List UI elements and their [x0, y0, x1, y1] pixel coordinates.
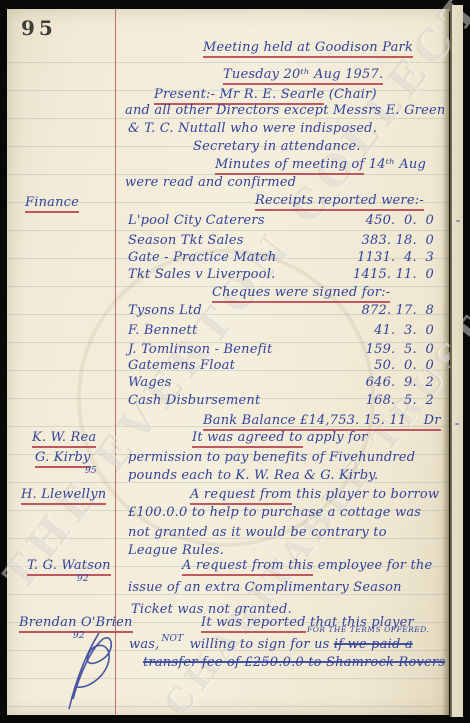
- item2-line-2: £100.0.0 to help to purchase a cottage w…: [128, 505, 421, 520]
- cheques-heading-text: Cheques were signed for:-: [212, 285, 390, 303]
- item2-underlined: A request from: [190, 487, 292, 505]
- cheque-row: Gatemens Float50. 0. 0: [128, 358, 434, 373]
- page-number: 95: [21, 16, 57, 40]
- signature-scribble: [59, 629, 121, 715]
- cheque-label: Wages: [128, 375, 172, 390]
- finance-label-text: Finance: [25, 195, 79, 213]
- item1-rest: apply for: [303, 430, 368, 445]
- cheque-amount: 168. 5. 2: [366, 393, 434, 408]
- cheque-row: Cash Disbursement168. 5. 2: [128, 393, 434, 408]
- margin-label-watson: T. G. Watson: [27, 558, 111, 573]
- margin-label-finance: Finance: [25, 195, 79, 210]
- not-insert: NOT: [161, 634, 183, 644]
- receipt-amount: 383. 18. 0: [362, 233, 435, 248]
- meeting-date-text: Tuesday 20ᵗʰ Aug 1957.: [223, 67, 383, 85]
- watson-label-text: T. G. Watson: [27, 558, 111, 576]
- cheque-row: Tysons Ltd872. 17. 8: [128, 303, 434, 318]
- receipts-heading: Receipts reported were:-: [255, 193, 424, 208]
- item1-line-2: permission to pay benefits of Fivehundre…: [128, 450, 415, 465]
- receipt-label: Season Tkt Sales: [128, 233, 244, 248]
- item4-was: was,: [129, 637, 159, 652]
- item4-line-2: was,NOT willing to sign for us if we pai…: [129, 637, 413, 654]
- item2-rest: this player to borrow: [292, 487, 439, 502]
- item4-struck-1: if we paid a: [334, 637, 413, 652]
- terms-offered-insert: FOR THE TERMS OFFERED.: [307, 625, 429, 634]
- margin-label-llewellyn: H. Llewellyn: [21, 487, 106, 502]
- cheque-amount: 159. 5. 0: [366, 342, 434, 357]
- cheque-row: J. Tomlinson - Benefit159. 5. 0: [128, 342, 434, 357]
- cheque-amount: 50. 0. 0: [374, 358, 434, 373]
- receipt-amount: 1131. 4. 3: [357, 250, 434, 265]
- receipt-row: Season Tkt Sales383. 18. 0: [128, 233, 434, 248]
- item4-underlined: It was reported: [201, 615, 306, 633]
- ledger-page: THE EVERTON COLLECTION CHARITABLE TRUST …: [7, 9, 449, 715]
- meeting-title-line: Meeting held at Goodison Park: [203, 40, 413, 55]
- margin-note-95: 95: [85, 464, 97, 479]
- receipt-amount: 1415. 11. 0: [353, 267, 434, 282]
- next-page-edge: [450, 5, 463, 717]
- receipt-amount: 450. 0. 0: [366, 213, 434, 228]
- receipt-label: Gate - Practice Match: [128, 250, 276, 265]
- cheque-amount: 41. 3. 0: [374, 323, 434, 338]
- item2-line-3: not granted as it would be contrary to: [128, 525, 387, 540]
- cheque-row: Wages646. 9. 2: [128, 375, 434, 390]
- cheque-label: F. Bennett: [128, 323, 197, 338]
- minutes-confirmed-line-2: were read and confirmed: [125, 175, 296, 190]
- attendees-line-1: and all other Directors except Messrs E.…: [125, 103, 445, 118]
- item3-line-2: issue of an extra Complimentary Season: [128, 580, 402, 595]
- kirby-label-text: G. Kirby: [35, 450, 91, 468]
- llewellyn-label-text: H. Llewellyn: [21, 487, 106, 505]
- meeting-title-text: Meeting held at Goodison Park: [203, 40, 413, 58]
- receipt-row: L'pool City Caterers450. 0. 0: [128, 213, 434, 228]
- bank-balance-line: Bank Balance £14,753. 15. 11 Dr: [203, 413, 441, 428]
- cheque-label: Tysons Ltd: [128, 303, 202, 318]
- item3-underlined: A request from this: [182, 558, 313, 576]
- meeting-date-line: Tuesday 20ᵗʰ Aug 1957.: [223, 67, 383, 82]
- receipt-label: L'pool City Caterers: [128, 213, 265, 228]
- item2-line-1: A request from this player to borrow: [190, 487, 439, 502]
- margin-note-92-watson: 92: [77, 572, 89, 587]
- item4-mid: willing to sign for us: [185, 637, 334, 652]
- present-chair: (Chair): [324, 87, 376, 102]
- secretary-line: Secretary in attendance.: [193, 139, 361, 154]
- cheque-amount: 646. 9. 2: [366, 375, 434, 390]
- receipt-row: Tkt Sales v Liverpool.1415. 11. 0: [128, 267, 434, 282]
- margin-label-obrien: Brendan O'Brien: [19, 615, 133, 630]
- item3-line-1: A request from this employee for the: [182, 558, 432, 573]
- red-margin-rule: [115, 9, 116, 715]
- item2-line-4: League Rules.: [128, 543, 224, 558]
- minutes-underlined: Minutes of meeting of: [215, 157, 364, 175]
- receipt-row: Gate - Practice Match1131. 4. 3: [128, 250, 434, 265]
- item4-line-3: transfer fee of £250.0.0 to Shamrock Rov…: [143, 655, 445, 670]
- cheque-label: Cash Disbursement: [128, 393, 260, 408]
- rea-label-text: K. W. Rea: [32, 430, 96, 448]
- item4-struck-2: transfer fee of £250.0.0 to Shamrock Rov…: [143, 655, 445, 670]
- cheque-label: J. Tomlinson - Benefit: [128, 342, 272, 357]
- margin-label-rea: K. W. Rea: [32, 430, 96, 445]
- item3-rest: employee for the: [313, 558, 432, 573]
- cheques-heading: Cheques were signed for:-: [212, 285, 390, 300]
- cheque-label: Gatemens Float: [128, 358, 235, 373]
- margin-label-kirby: G. Kirby: [35, 450, 91, 465]
- attendees-line-2: & T. C. Nuttall who were indisposed.: [128, 121, 377, 136]
- receipt-label: Tkt Sales v Liverpool.: [128, 267, 275, 282]
- bank-balance-text: Bank Balance £14,753. 15. 11 Dr: [203, 413, 441, 431]
- cheque-amount: 872. 17. 8: [362, 303, 435, 318]
- receipts-heading-text: Receipts reported were:-: [255, 193, 424, 211]
- scanned-minutes-page: { "page": { "number": "95", "watermark_l…: [0, 0, 470, 723]
- item1-line-1: It was agreed to apply for: [192, 430, 368, 445]
- minutes-confirmed-line-1: Minutes of meeting of 14ᵗʰ Aug: [215, 157, 426, 172]
- minutes-rest: 14ᵗʰ Aug: [364, 157, 426, 172]
- item1-line-3: pounds each to K. W. Rea & G. Kirby.: [128, 468, 378, 483]
- cheque-row: F. Bennett41. 3. 0: [128, 323, 434, 338]
- present-line: Present:- Mr R. E. Searle (Chair): [154, 87, 377, 102]
- item1-underlined: It was agreed to: [192, 430, 303, 448]
